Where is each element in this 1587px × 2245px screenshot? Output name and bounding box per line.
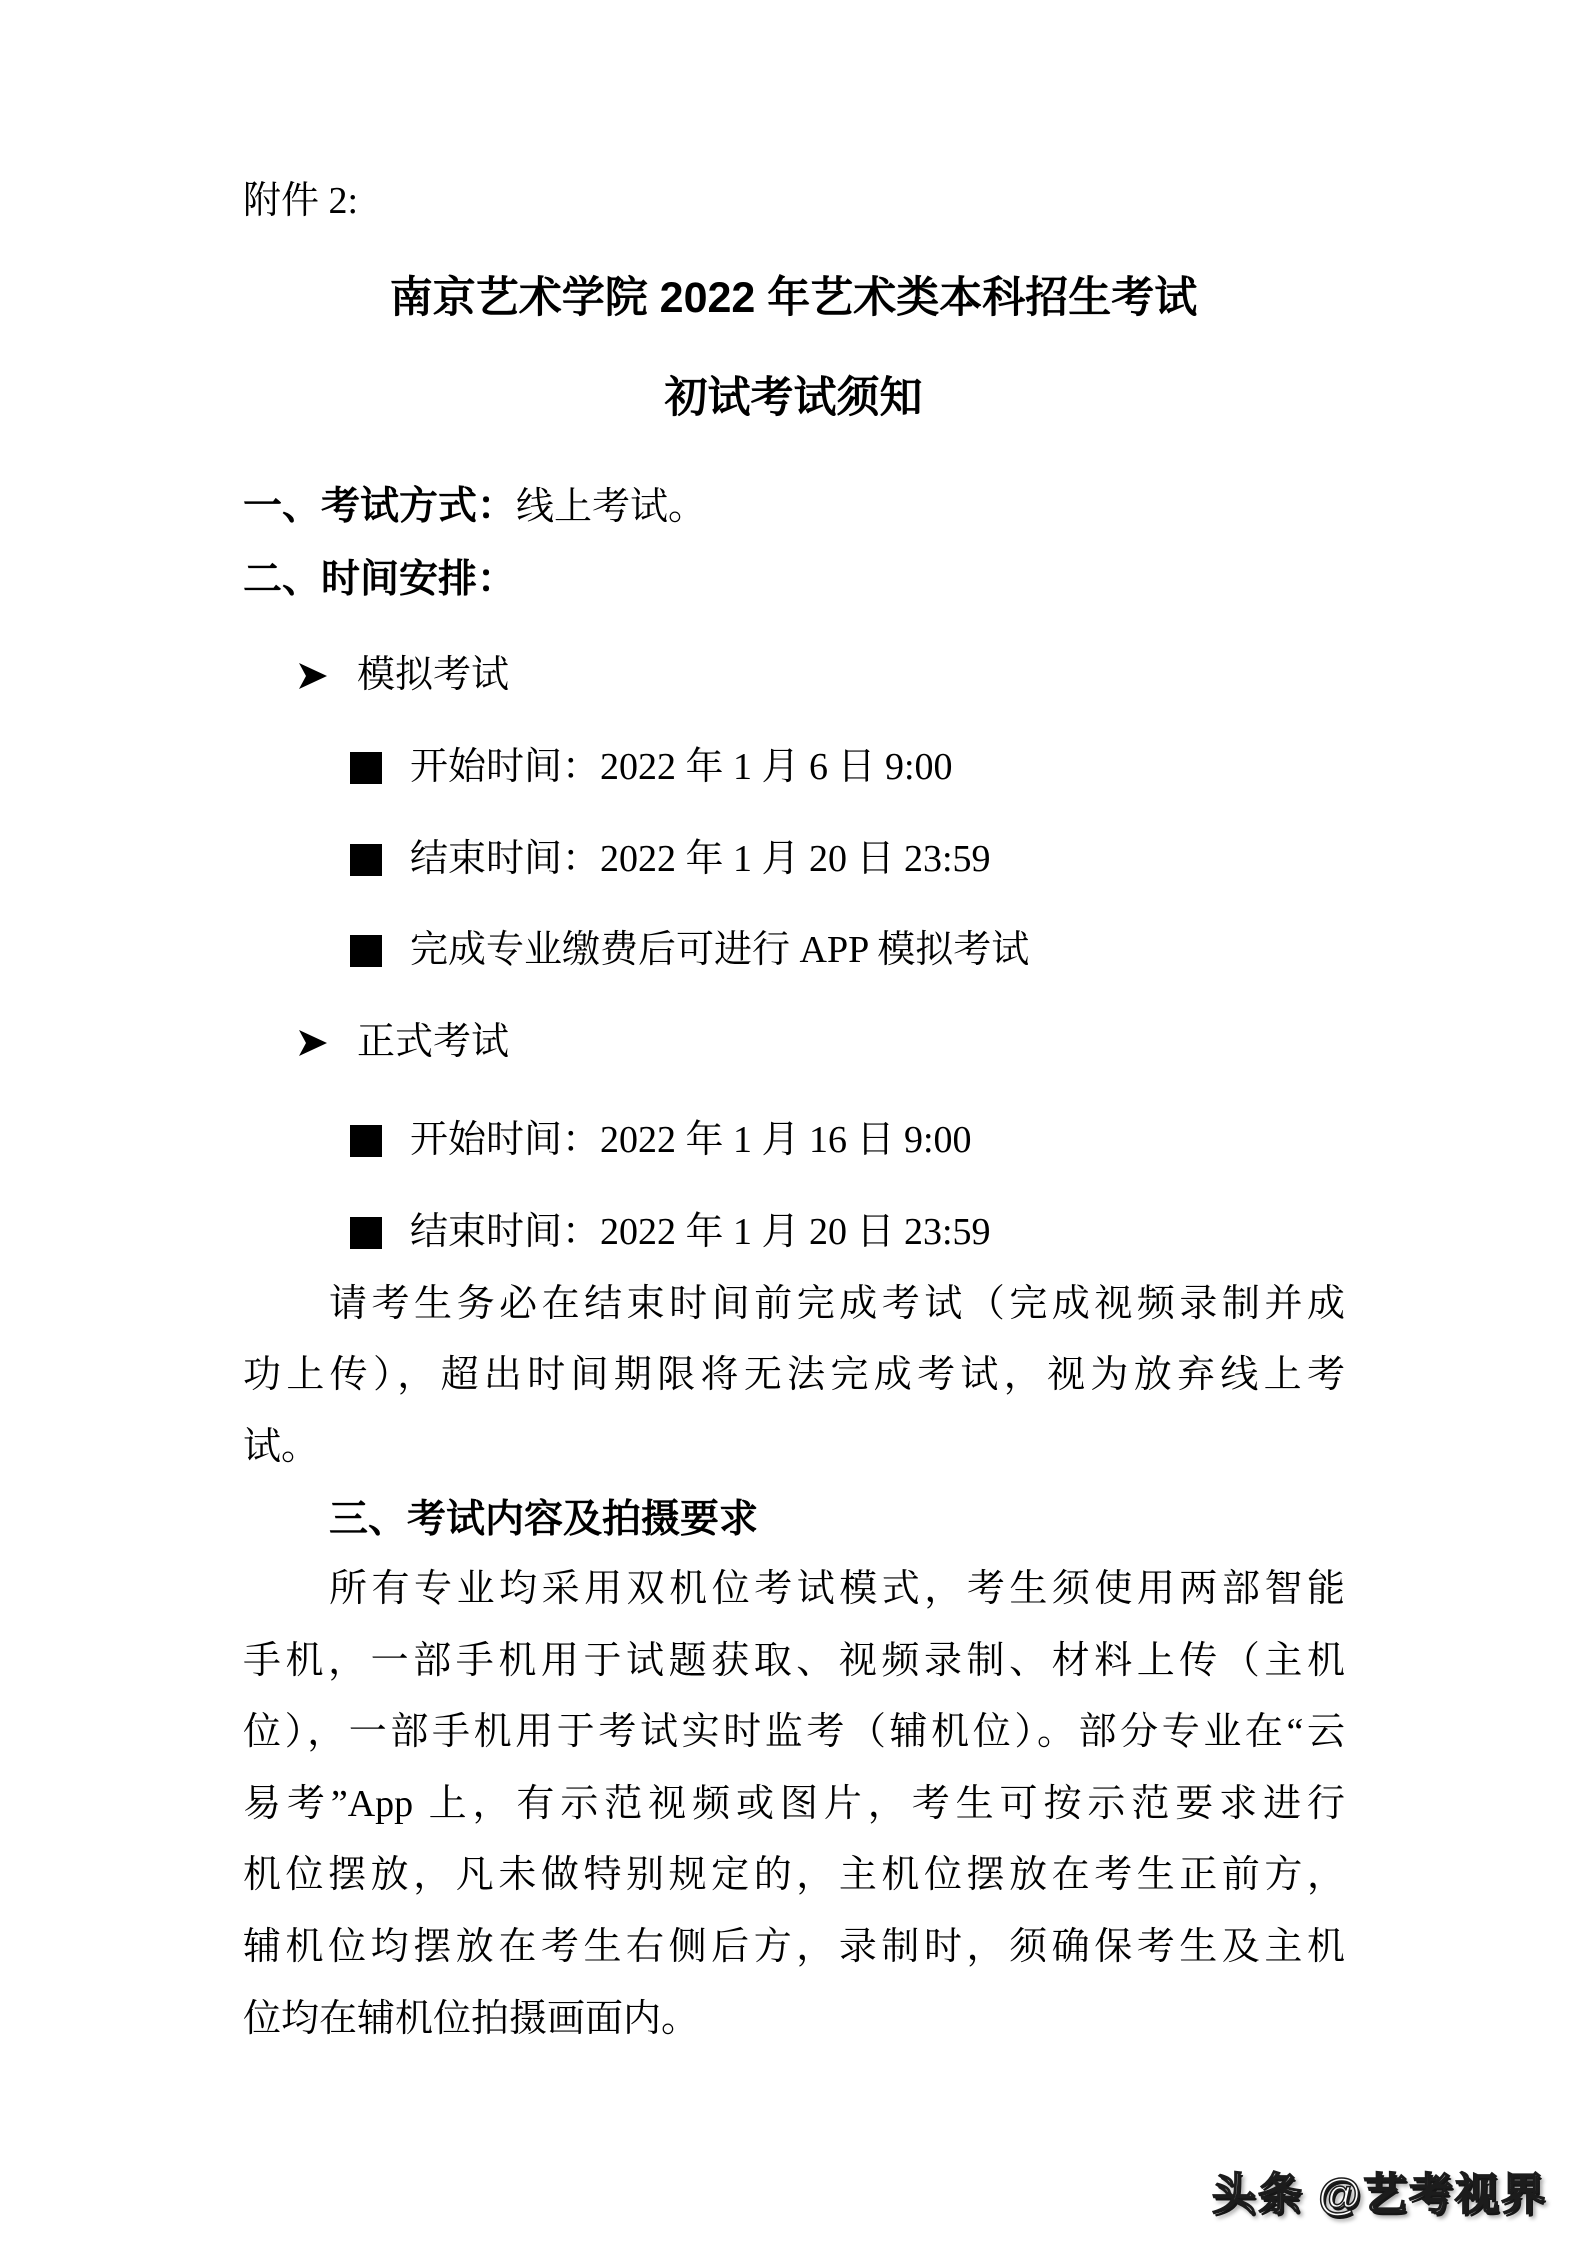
document-title-line1: 南京艺术学院 2022 年艺术类本科招生考试 — [0, 274, 1587, 323]
square-bullet-icon — [350, 1125, 382, 1157]
formal-exam-header: 正式考试 — [295, 1021, 509, 1065]
mock-exam-title: 模拟考试 — [357, 654, 509, 698]
requirements-paragraph-line: 位），一部手机用于考试实时监考（辅机位）。部分专业在“云 — [243, 1711, 1345, 1755]
attachment-label: 附件 2: — [243, 180, 358, 224]
toutiao-watermark: 头条 @艺考视界 — [1212, 2158, 1547, 2222]
requirements-paragraph-line: 位均在辅机位拍摄画面内。 — [243, 1998, 1345, 2042]
section2-label: 二、时间安排： — [243, 558, 516, 603]
mock-end-time: 结束时间：2022 年 1 月 20 日 23:59 — [410, 838, 991, 882]
list-item: 完成专业缴费后可进行 APP 模拟考试 — [350, 929, 1029, 973]
requirements-paragraph-line: 机位摆放，凡未做特别规定的，主机位摆放在考生正前方， — [243, 1854, 1345, 1898]
requirements-paragraph-line: 手机，一部手机用于试题获取、视频录制、材料上传（主机 — [243, 1640, 1345, 1684]
document-page: 附件 2: 南京艺术学院 2022 年艺术类本科招生考试 初试考试须知 一、考试… — [0, 0, 1587, 2245]
requirements-paragraph-line: 易考”App 上，有示范视频或图片，考生可按示范要求进行 — [243, 1783, 1345, 1827]
mock-start-time: 开始时间：2022 年 1 月 6 日 9:00 — [410, 746, 953, 790]
requirements-paragraph-line: 所有专业均采用双机位考试模式，考生须使用两部智能 — [243, 1568, 1345, 1612]
list-item: 开始时间：2022 年 1 月 16 日 9:00 — [350, 1119, 972, 1163]
notice-paragraph-line: 试。 — [243, 1426, 1345, 1470]
requirements-paragraph-line: 辅机位均摆放在考生右侧后方，录制时，须确保考生及主机 — [243, 1926, 1345, 1970]
formal-end-time: 结束时间：2022 年 1 月 20 日 23:59 — [410, 1211, 991, 1255]
section-exam-method: 一、考试方式：线上考试。 — [243, 485, 706, 530]
formal-exam-title: 正式考试 — [357, 1021, 509, 1065]
square-bullet-icon — [350, 1217, 382, 1249]
square-bullet-icon — [350, 752, 382, 784]
section3-label: 三、考试内容及拍摄要求 — [329, 1498, 758, 1543]
notice-paragraph-line: 请考生务必在结束时间前完成考试（完成视频录制并成 — [243, 1283, 1345, 1327]
arrowhead-bullet-icon — [295, 1026, 331, 1060]
list-item: 开始时间：2022 年 1 月 6 日 9:00 — [350, 746, 953, 790]
document-title-line2: 初试考试须知 — [0, 374, 1587, 423]
mock-note: 完成专业缴费后可进行 APP 模拟考试 — [410, 929, 1029, 973]
square-bullet-icon — [350, 844, 382, 876]
arrowhead-bullet-icon — [295, 659, 331, 693]
section1-label: 一、考试方式： — [243, 485, 516, 528]
square-bullet-icon — [350, 935, 382, 967]
formal-start-time: 开始时间：2022 年 1 月 16 日 9:00 — [410, 1119, 972, 1163]
list-item: 结束时间：2022 年 1 月 20 日 23:59 — [350, 838, 991, 882]
notice-paragraph-line: 功上传），超出时间期限将无法完成考试，视为放弃线上考 — [243, 1354, 1345, 1398]
mock-exam-header: 模拟考试 — [295, 654, 509, 698]
list-item: 结束时间：2022 年 1 月 20 日 23:59 — [350, 1211, 991, 1255]
section1-value: 线上考试。 — [516, 486, 706, 528]
